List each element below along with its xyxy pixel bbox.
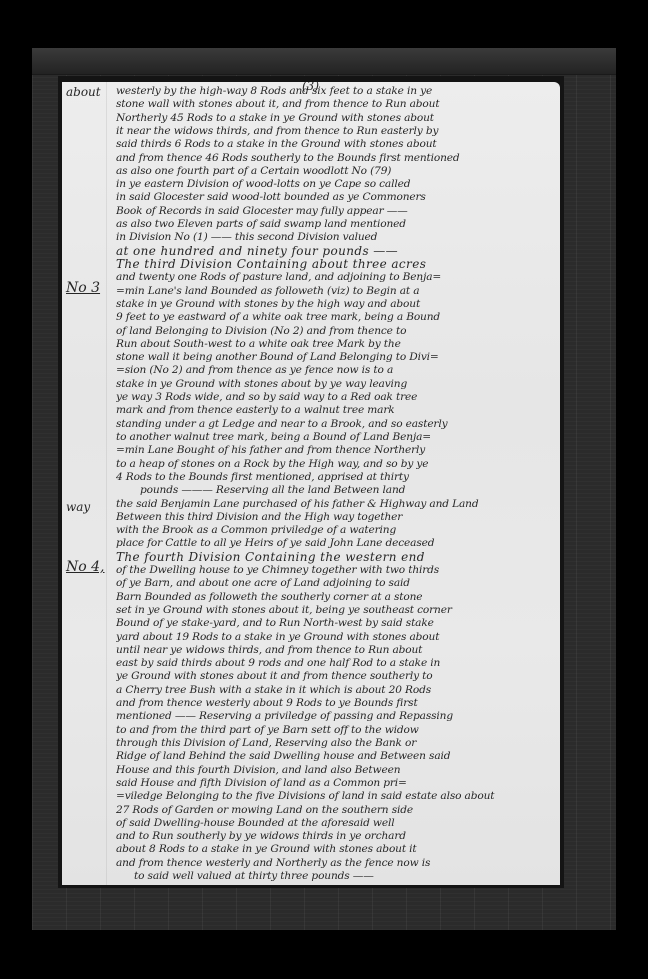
manuscript-line: place for Cattle to all ye Heirs of ye s… — [116, 537, 556, 550]
backing-top-band — [32, 48, 616, 75]
manuscript-line: to said well valued at thirty three poun… — [134, 870, 560, 883]
manuscript-line: and from thence westerly about 9 Rods to… — [116, 697, 556, 710]
manuscript-line: =min Lane's land Bounded as followeth (v… — [116, 285, 556, 298]
manuscript-line: mark and from thence easterly to a walnu… — [116, 404, 556, 417]
manuscript-line: said House and fifth Division of land as… — [116, 777, 556, 790]
manuscript-line: east by said thirds about 9 rods and one… — [116, 657, 556, 670]
manuscript-line: =sion (No 2) and from thence as ye fence… — [116, 364, 556, 377]
margin-note: No 4, — [66, 559, 105, 575]
manuscript-line: in ye eastern Division of wood-lotts on … — [116, 178, 556, 191]
manuscript-line: until near ye widows thirds, and from th… — [116, 644, 556, 657]
manuscript-line: Barn Bounded as followeth the southerly … — [116, 591, 556, 604]
manuscript-line: through this Division of Land, Reserving… — [116, 737, 556, 750]
manuscript-line: westerly by the high-way 8 Rods and six … — [116, 85, 556, 98]
manuscript-line: to a heap of stones on a Rock by the Hig… — [116, 458, 556, 471]
manuscript-line: ye Ground with stones about it and from … — [116, 670, 556, 683]
manuscript-line: The third Division Containing about thre… — [116, 258, 556, 271]
manuscript-line: to and from the third part of ye Barn se… — [116, 724, 556, 737]
manuscript-line: of said Dwelling-house Bounded at the af… — [116, 817, 556, 830]
manuscript-line: stone wall it being another Bound of Lan… — [116, 351, 556, 364]
margin-note: about — [66, 85, 101, 99]
manuscript-line: and from thence 46 Rods southerly to the… — [116, 152, 556, 165]
manuscript-line: pounds ——— Reserving all the land Betwee… — [140, 484, 560, 497]
manuscript-line: Between this third Division and the High… — [116, 511, 556, 524]
manuscript-line: Ridge of land Behind the said Dwelling h… — [116, 750, 556, 763]
manuscript-line: and from thence westerly and Northerly a… — [116, 857, 556, 870]
manuscript-line: a Cherry tree Bush with a stake in it wh… — [116, 684, 556, 697]
manuscript-line: 4 Rods to the Bounds first mentioned, ap… — [116, 471, 556, 484]
manuscript-line: House and this fourth Division, and land… — [116, 764, 556, 777]
manuscript-line: standing under a gt Ledge and near to a … — [116, 418, 556, 431]
manuscript-line: at one hundred and ninety four pounds —— — [116, 245, 556, 258]
manuscript-line: the said Benjamin Lane purchased of his … — [116, 498, 556, 511]
manuscript-line: stake in ye Ground with stones about by … — [116, 378, 556, 391]
manuscript-line: said thirds 6 Rods to a stake in the Gro… — [116, 138, 556, 151]
manuscript-line: stone wall with stones about it, and fro… — [116, 98, 556, 111]
manuscript-line: Northerly 45 Rods to a stake in ye Groun… — [116, 112, 556, 125]
manuscript-line: mentioned —— Reserving a priviledge of p… — [116, 710, 556, 723]
manuscript-line: about 8 Rods to a stake in ye Ground wit… — [116, 843, 556, 856]
manuscript-line: of ye Barn, and about one acre of Land a… — [116, 577, 556, 590]
manuscript-line: 27 Rods of Garden or mowing Land on the … — [116, 804, 556, 817]
margin-rule — [106, 82, 107, 885]
manuscript-line: set in ye Ground with stones about it, b… — [116, 604, 556, 617]
manuscript-line: Book of Records in said Glocester may fu… — [116, 205, 556, 218]
manuscript-line: =viledge Belonging to the five Divisions… — [116, 790, 556, 803]
manuscript-line: as also one fourth part of a Certain woo… — [116, 165, 556, 178]
manuscript-line: yard about 19 Rods to a stake in ye Grou… — [116, 631, 556, 644]
manuscript-line: 9 feet to ye eastward of a white oak tre… — [116, 311, 556, 324]
manuscript-line: with the Brook as a Common priviledge of… — [116, 524, 556, 537]
manuscript-line: of the Dwelling house to ye Chimney toge… — [116, 564, 556, 577]
manuscript-line: =min Lane Bought of his father and from … — [116, 444, 556, 457]
manuscript-line: as also two Eleven parts of said swamp l… — [116, 218, 556, 231]
manuscript-line: and twenty one Rods of pasture land, and… — [116, 271, 556, 284]
margin-note: No 3 — [66, 280, 100, 296]
manuscript-line: in Division No (1) —— this second Divisi… — [116, 231, 556, 244]
manuscript-line: in said Glocester said wood-lott bounded… — [116, 191, 556, 204]
margin-note: way — [66, 500, 90, 514]
manuscript-line: of land Belonging to Division (No 2) and… — [116, 325, 556, 338]
manuscript-line: to another walnut tree mark, being a Bou… — [116, 431, 556, 444]
manuscript-page: (3) aboutNo 3wayNo 4, westerly by the hi… — [62, 82, 560, 885]
manuscript-line: Bound of ye stake-yard, and to Run North… — [116, 617, 556, 630]
manuscript-line: ye way 3 Rods wide, and so by said way t… — [116, 391, 556, 404]
manuscript-line: The fourth Division Containing the weste… — [116, 551, 556, 564]
manuscript-line: Run about South-west to a white oak tree… — [116, 338, 556, 351]
manuscript-line: stake in ye Ground with stones by the hi… — [116, 298, 556, 311]
manuscript-line: it near the widows thirds, and from then… — [116, 125, 556, 138]
manuscript-line: and to Run southerly by ye widows thirds… — [116, 830, 556, 843]
